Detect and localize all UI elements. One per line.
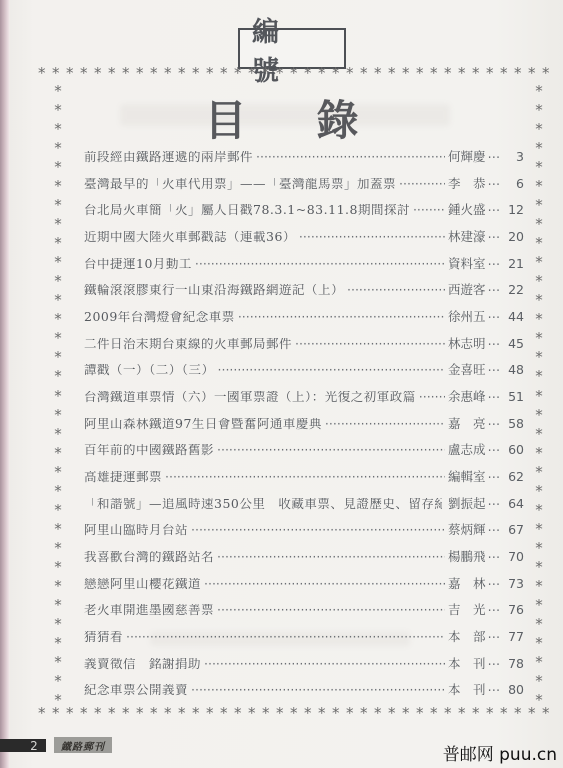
toc-item-title: 台灣鐵道車票情（六）一國軍票證（上）：光復之初軍政篇 [84, 391, 416, 404]
toc-item-title: 猜猜看 [84, 631, 123, 644]
toc-row: 紀念車票公開義賣································… [84, 684, 524, 697]
asterisk-glyph: * [54, 274, 62, 289]
toc-item-page-number: 67 [502, 524, 524, 537]
toc-item-author: 何輝慶 [448, 151, 486, 164]
toc-item-author: 本 部 [448, 631, 486, 644]
asterisk-glyph: * [374, 706, 382, 721]
asterisk-glyph: * [136, 706, 144, 721]
toc-item-title: 臺灣最早的「火車代用票」——「臺灣龍馬票」加蓋票 [84, 178, 396, 191]
toc-row: 阿里山森林鐵道97生日會暨奮阿通車慶典·····················… [84, 418, 524, 431]
toc-item-page-number: 3 [502, 151, 524, 164]
asterisk-glyph: * [248, 66, 256, 81]
toc-item-title: 「和諧號」—追風時速350公里 收藏車票、見證歷史、留存紀念 [84, 498, 442, 511]
toc-item-title: 高雄捷運郵票 [84, 471, 162, 484]
toc-item-title: 二件日治末期台東線的火車郵局郵件 [84, 338, 292, 351]
dot-leader: ········································… [204, 658, 445, 671]
toc-item-author: 嘉 亮 [448, 418, 486, 431]
asterisk-glyph: * [388, 706, 396, 721]
toc-item-page-number: 76 [502, 604, 524, 617]
dot-leader: ········································… [295, 338, 445, 351]
asterisk-glyph: * [416, 66, 424, 81]
asterisk-glyph: * [234, 706, 242, 721]
asterisk-glyph: * [220, 66, 228, 81]
toc-item-page-number: 6 [502, 178, 524, 191]
asterisk-glyph: * [535, 331, 543, 346]
toc-item-page-number: 22 [502, 284, 524, 297]
asterisk-glyph: * [94, 706, 102, 721]
toc-item-page-number: 60 [502, 444, 524, 457]
asterisk-glyph: * [535, 484, 543, 499]
asterisk-glyph: * [178, 706, 186, 721]
asterisk-glyph: * [262, 66, 270, 81]
asterisk-glyph: * [80, 706, 88, 721]
dot-leader: ········································… [191, 524, 445, 537]
toc-item-author: 劉振起 [448, 498, 486, 511]
asterisk-glyph: * [500, 66, 508, 81]
dot-leader: ········································… [238, 311, 445, 324]
toc-item-author: 本 刊 [448, 684, 486, 697]
toc-list: 前段經由鐵路運遞的兩岸郵件···························… [84, 151, 524, 697]
asterisk-glyph: * [54, 427, 62, 442]
asterisk-glyph: * [535, 465, 543, 480]
toc-row: 老火車開進墨國慈善票······························… [84, 604, 524, 617]
author-page-separator: ⋯ [488, 151, 501, 164]
asterisk-glyph: * [402, 66, 410, 81]
asterisk-glyph: * [535, 446, 543, 461]
author-page-separator: ⋯ [488, 391, 501, 404]
toc-item-page-number: 78 [502, 658, 524, 671]
asterisk-glyph: * [54, 579, 62, 594]
toc-item-page-number: 80 [502, 684, 524, 697]
toc-item-author: 楊鵬飛 [448, 551, 486, 564]
dot-leader: ········································… [419, 391, 445, 404]
asterisk-glyph: * [54, 160, 62, 175]
header-box: 編 號 [238, 28, 346, 69]
asterisk-glyph: * [54, 446, 62, 461]
asterisk-glyph: * [54, 350, 62, 365]
asterisk-border-bottom: ************************************* [38, 704, 550, 722]
asterisk-glyph: * [535, 255, 543, 270]
asterisk-glyph: * [150, 66, 158, 81]
asterisk-glyph: * [535, 674, 543, 689]
toc-item-title: 鐵輪滾滾膠東行一山東沿海鐵路網遊記（上） [84, 284, 344, 297]
toc-item-page-number: 73 [502, 578, 524, 591]
author-page-separator: ⋯ [488, 364, 501, 377]
author-page-separator: ⋯ [488, 471, 501, 484]
dot-leader: ········································… [218, 364, 445, 377]
asterisk-glyph: * [80, 66, 88, 81]
asterisk-glyph: * [430, 706, 438, 721]
asterisk-glyph: * [535, 541, 543, 556]
asterisk-glyph: * [486, 706, 494, 721]
asterisk-glyph: * [262, 706, 270, 721]
author-page-separator: ⋯ [488, 604, 501, 617]
toc-item-page-number: 62 [502, 471, 524, 484]
toc-item-author: 李 恭 [448, 178, 486, 191]
author-page-separator: ⋯ [488, 578, 501, 591]
toc-item-page-number: 44 [502, 311, 524, 324]
author-page-separator: ⋯ [488, 231, 501, 244]
asterisk-glyph: * [535, 389, 543, 404]
toc-item-title: 我喜歡台灣的鐵路站名 [84, 551, 214, 564]
author-page-separator: ⋯ [488, 631, 501, 644]
asterisk-glyph: * [535, 598, 543, 613]
toc-item-title: 戀戀阿里山櫻花鐵道 [84, 578, 201, 591]
asterisk-glyph: * [54, 674, 62, 689]
asterisk-glyph: * [318, 66, 326, 81]
toc-row: 二件日治末期台東線的火車郵局郵件························… [84, 338, 524, 351]
asterisk-glyph: * [234, 66, 242, 81]
author-page-separator: ⋯ [488, 284, 501, 297]
asterisk-glyph: * [66, 706, 74, 721]
toc-row: 義賣徵信 銘謝捐助·······························… [84, 658, 524, 671]
toc-item-page-number: 45 [502, 338, 524, 351]
asterisk-glyph: * [192, 706, 200, 721]
asterisk-glyph: * [528, 66, 536, 81]
asterisk-glyph: * [276, 66, 284, 81]
asterisk-glyph: * [192, 66, 200, 81]
toc-row: 戀戀阿里山櫻花鐵道·······························… [84, 578, 524, 591]
author-page-separator: ⋯ [488, 418, 501, 431]
scanned-page: 編 號 ************************************… [0, 0, 563, 768]
dot-leader: ········································… [413, 204, 445, 217]
footer-page-number: 2 [24, 738, 44, 753]
toc-row: 近期中國大陸火車郵戳誌（連載36）·······················… [84, 231, 524, 244]
asterisk-glyph: * [444, 66, 452, 81]
asterisk-glyph: * [332, 66, 340, 81]
asterisk-glyph: * [38, 706, 46, 721]
asterisk-glyph: * [535, 408, 543, 423]
dot-leader: ········································… [347, 284, 445, 297]
author-page-separator: ⋯ [488, 311, 501, 324]
toc-item-author: 西遊客 [448, 284, 486, 297]
asterisk-glyph: * [304, 66, 312, 81]
toc-row: 鐵輪滾滾膠東行一山東沿海鐵路網遊記（上）····················… [84, 284, 524, 297]
asterisk-glyph: * [164, 706, 172, 721]
asterisk-glyph: * [535, 636, 543, 651]
asterisk-glyph: * [535, 579, 543, 594]
toc-item-author: 本 刊 [448, 658, 486, 671]
toc-item-author: 余惠峰 [448, 391, 486, 404]
toc-item-title: 近期中國大陸火車郵戳誌（連載36） [84, 231, 296, 244]
toc-item-title: 紀念車票公開義賣 [84, 684, 188, 697]
asterisk-glyph: * [346, 706, 354, 721]
author-page-separator: ⋯ [488, 178, 501, 191]
toc-item-author: 嘉 林 [448, 578, 486, 591]
asterisk-glyph: * [388, 66, 396, 81]
page-title: 目 錄 [0, 88, 563, 148]
asterisk-glyph: * [94, 66, 102, 81]
asterisk-glyph: * [444, 706, 452, 721]
asterisk-glyph: * [206, 66, 214, 81]
author-page-separator: ⋯ [488, 444, 501, 457]
asterisk-glyph: * [360, 706, 368, 721]
dot-leader: ········································… [217, 551, 445, 564]
asterisk-glyph: * [402, 706, 410, 721]
asterisk-glyph: * [535, 560, 543, 575]
toc-row: 我喜歡台灣的鐵路站名······························… [84, 551, 524, 564]
asterisk-glyph: * [52, 706, 60, 721]
asterisk-glyph: * [178, 66, 186, 81]
asterisk-glyph: * [66, 66, 74, 81]
toc-row: 台中捷運10月動工·······························… [84, 258, 524, 271]
asterisk-glyph: * [54, 541, 62, 556]
toc-row: 台灣鐵道車票情（六）一國軍票證（上）：光復之初軍政篇··············… [84, 391, 524, 404]
toc-item-page-number: 51 [502, 391, 524, 404]
watermark: 普邮网 puu.cn [443, 740, 557, 765]
asterisk-glyph: * [54, 636, 62, 651]
author-page-separator: ⋯ [488, 524, 501, 537]
asterisk-glyph: * [458, 706, 466, 721]
asterisk-glyph: * [54, 522, 62, 537]
asterisk-glyph: * [38, 66, 46, 81]
asterisk-glyph: * [54, 484, 62, 499]
toc-item-title: 台北局火車簡「火」屬人日戳78.3.1~83.11.8期間探討 [84, 204, 410, 217]
asterisk-glyph: * [220, 706, 228, 721]
dot-leader: ········································… [204, 578, 445, 591]
toc-item-title: 阿里山森林鐵道97生日會暨奮阿通車慶典 [84, 418, 322, 431]
toc-item-author: 資料室 [448, 258, 486, 271]
asterisk-glyph: * [54, 408, 62, 423]
dot-leader: ········································… [165, 471, 445, 484]
author-page-separator: ⋯ [488, 204, 501, 217]
toc-item-page-number: 12 [502, 204, 524, 217]
asterisk-glyph: * [535, 312, 543, 327]
toc-row: 「和諧號」—追風時速350公里 收藏車票、見證歷史、留存紀念··········… [84, 498, 524, 511]
toc-item-page-number: 58 [502, 418, 524, 431]
dot-leader: ········································… [217, 444, 445, 457]
toc-item-page-number: 64 [502, 498, 524, 511]
toc-row: 高雄捷運郵票··································… [84, 471, 524, 484]
asterisk-glyph: * [54, 389, 62, 404]
dot-leader: ········································… [191, 684, 445, 697]
asterisk-glyph: * [54, 617, 62, 632]
toc-item-page-number: 21 [502, 258, 524, 271]
asterisk-glyph: * [290, 66, 298, 81]
asterisk-glyph: * [535, 369, 543, 384]
toc-item-title: 義賣徵信 銘謝捐助 [84, 658, 201, 671]
toc-item-author: 金喜旺 [448, 364, 486, 377]
asterisk-glyph: * [304, 706, 312, 721]
toc-row: 2009年台灣燈會紀念車票···························… [84, 311, 524, 324]
toc-item-title: 台中捷運10月動工 [84, 258, 192, 271]
asterisk-glyph: * [54, 369, 62, 384]
asterisk-glyph: * [430, 66, 438, 81]
asterisk-glyph: * [535, 655, 543, 670]
toc-row: 百年前的中國鐵路舊影······························… [84, 444, 524, 457]
asterisk-glyph: * [416, 706, 424, 721]
asterisk-glyph: * [542, 706, 550, 721]
toc-item-author: 徐州五 [448, 311, 486, 324]
asterisk-glyph: * [535, 350, 543, 365]
toc-item-author: 盧志成 [448, 444, 486, 457]
toc-item-author: 吉 光 [448, 604, 486, 617]
journal-name-badge: 鐵路郵刊 [54, 737, 112, 753]
toc-item-page-number: 20 [502, 231, 524, 244]
asterisk-glyph: * [542, 66, 550, 81]
asterisk-glyph: * [54, 331, 62, 346]
asterisk-glyph: * [52, 66, 60, 81]
dot-leader: ········································… [217, 604, 445, 617]
asterisk-glyph: * [346, 66, 354, 81]
toc-item-author: 鍾火盛 [448, 204, 486, 217]
dot-leader: ········································… [325, 418, 445, 431]
asterisk-glyph: * [206, 706, 214, 721]
toc-item-title: 2009年台灣燈會紀念車票 [84, 311, 235, 324]
author-page-separator: ⋯ [488, 498, 501, 511]
asterisk-glyph: * [535, 217, 543, 232]
asterisk-glyph: * [535, 503, 543, 518]
asterisk-glyph: * [500, 706, 508, 721]
asterisk-glyph: * [54, 236, 62, 251]
asterisk-glyph: * [332, 706, 340, 721]
asterisk-glyph: * [108, 706, 116, 721]
toc-item-page-number: 70 [502, 551, 524, 564]
asterisk-glyph: * [108, 66, 116, 81]
asterisk-glyph: * [514, 66, 522, 81]
asterisk-glyph: * [486, 66, 494, 81]
asterisk-glyph: * [276, 706, 284, 721]
toc-item-title: 百年前的中國鐵路舊影 [84, 444, 214, 457]
toc-row: 台北局火車簡「火」屬人日戳78.3.1~83.11.8期間探討·········… [84, 204, 524, 217]
asterisk-border-right: ********************************* [531, 84, 547, 708]
toc-item-title: 譚戳（一）（二）（三） [84, 364, 215, 377]
asterisk-glyph: * [54, 465, 62, 480]
dot-leader: ········································… [399, 178, 445, 191]
asterisk-glyph: * [514, 706, 522, 721]
asterisk-glyph: * [54, 560, 62, 575]
asterisk-glyph: * [528, 706, 536, 721]
author-page-separator: ⋯ [488, 658, 501, 671]
toc-item-author: 林建濠 [448, 231, 486, 244]
toc-item-page-number: 77 [502, 631, 524, 644]
toc-row: 阿里山臨時月台站································… [84, 524, 524, 537]
asterisk-glyph: * [54, 198, 62, 213]
asterisk-glyph: * [164, 66, 172, 81]
toc-row: 譚戳（一）（二）（三）·····························… [84, 364, 524, 377]
asterisk-glyph: * [535, 179, 543, 194]
asterisk-glyph: * [54, 255, 62, 270]
asterisk-glyph: * [535, 160, 543, 175]
asterisk-glyph: * [54, 179, 62, 194]
asterisk-glyph: * [360, 66, 368, 81]
author-page-separator: ⋯ [488, 258, 501, 271]
toc-row: 前段經由鐵路運遞的兩岸郵件···························… [84, 151, 524, 164]
asterisk-glyph: * [122, 66, 130, 81]
asterisk-glyph: * [318, 706, 326, 721]
asterisk-glyph: * [290, 706, 298, 721]
toc-item-author: 編輯室 [448, 471, 486, 484]
asterisk-glyph: * [248, 706, 256, 721]
toc-item-page-number: 48 [502, 364, 524, 377]
asterisk-glyph: * [472, 706, 480, 721]
dot-leader: ········································… [195, 258, 445, 271]
asterisk-glyph: * [54, 655, 62, 670]
asterisk-glyph: * [472, 66, 480, 81]
asterisk-glyph: * [54, 503, 62, 518]
toc-row: 猜猜看·····································… [84, 631, 524, 644]
asterisk-glyph: * [54, 293, 62, 308]
asterisk-glyph: * [150, 706, 158, 721]
toc-item-title: 老火車開進墨國慈善票 [84, 604, 214, 617]
author-page-separator: ⋯ [488, 338, 501, 351]
toc-row: 臺灣最早的「火車代用票」——「臺灣龍馬票」加蓋票················… [84, 178, 524, 191]
toc-item-author: 林志明 [448, 338, 486, 351]
asterisk-glyph: * [374, 66, 382, 81]
asterisk-glyph: * [136, 66, 144, 81]
asterisk-glyph: * [54, 217, 62, 232]
toc-item-title: 阿里山臨時月台站 [84, 524, 188, 537]
asterisk-border-top: ************************************* [38, 64, 550, 82]
asterisk-glyph: * [54, 312, 62, 327]
asterisk-glyph: * [54, 598, 62, 613]
asterisk-glyph: * [458, 66, 466, 81]
author-page-separator: ⋯ [488, 551, 501, 564]
asterisk-border-left: ********************************* [50, 84, 66, 708]
dot-leader: ········································… [256, 151, 445, 164]
toc-item-title: 前段經由鐵路運遞的兩岸郵件 [84, 151, 253, 164]
asterisk-glyph: * [535, 274, 543, 289]
asterisk-glyph: * [535, 617, 543, 632]
dot-leader: ········································… [299, 231, 445, 244]
author-page-separator: ⋯ [488, 684, 501, 697]
toc-item-author: 蔡炳輝 [448, 524, 486, 537]
asterisk-glyph: * [535, 198, 543, 213]
asterisk-glyph: * [535, 293, 543, 308]
asterisk-glyph: * [535, 427, 543, 442]
asterisk-glyph: * [535, 236, 543, 251]
asterisk-glyph: * [122, 706, 130, 721]
dot-leader: ········································… [126, 631, 445, 644]
asterisk-glyph: * [535, 522, 543, 537]
